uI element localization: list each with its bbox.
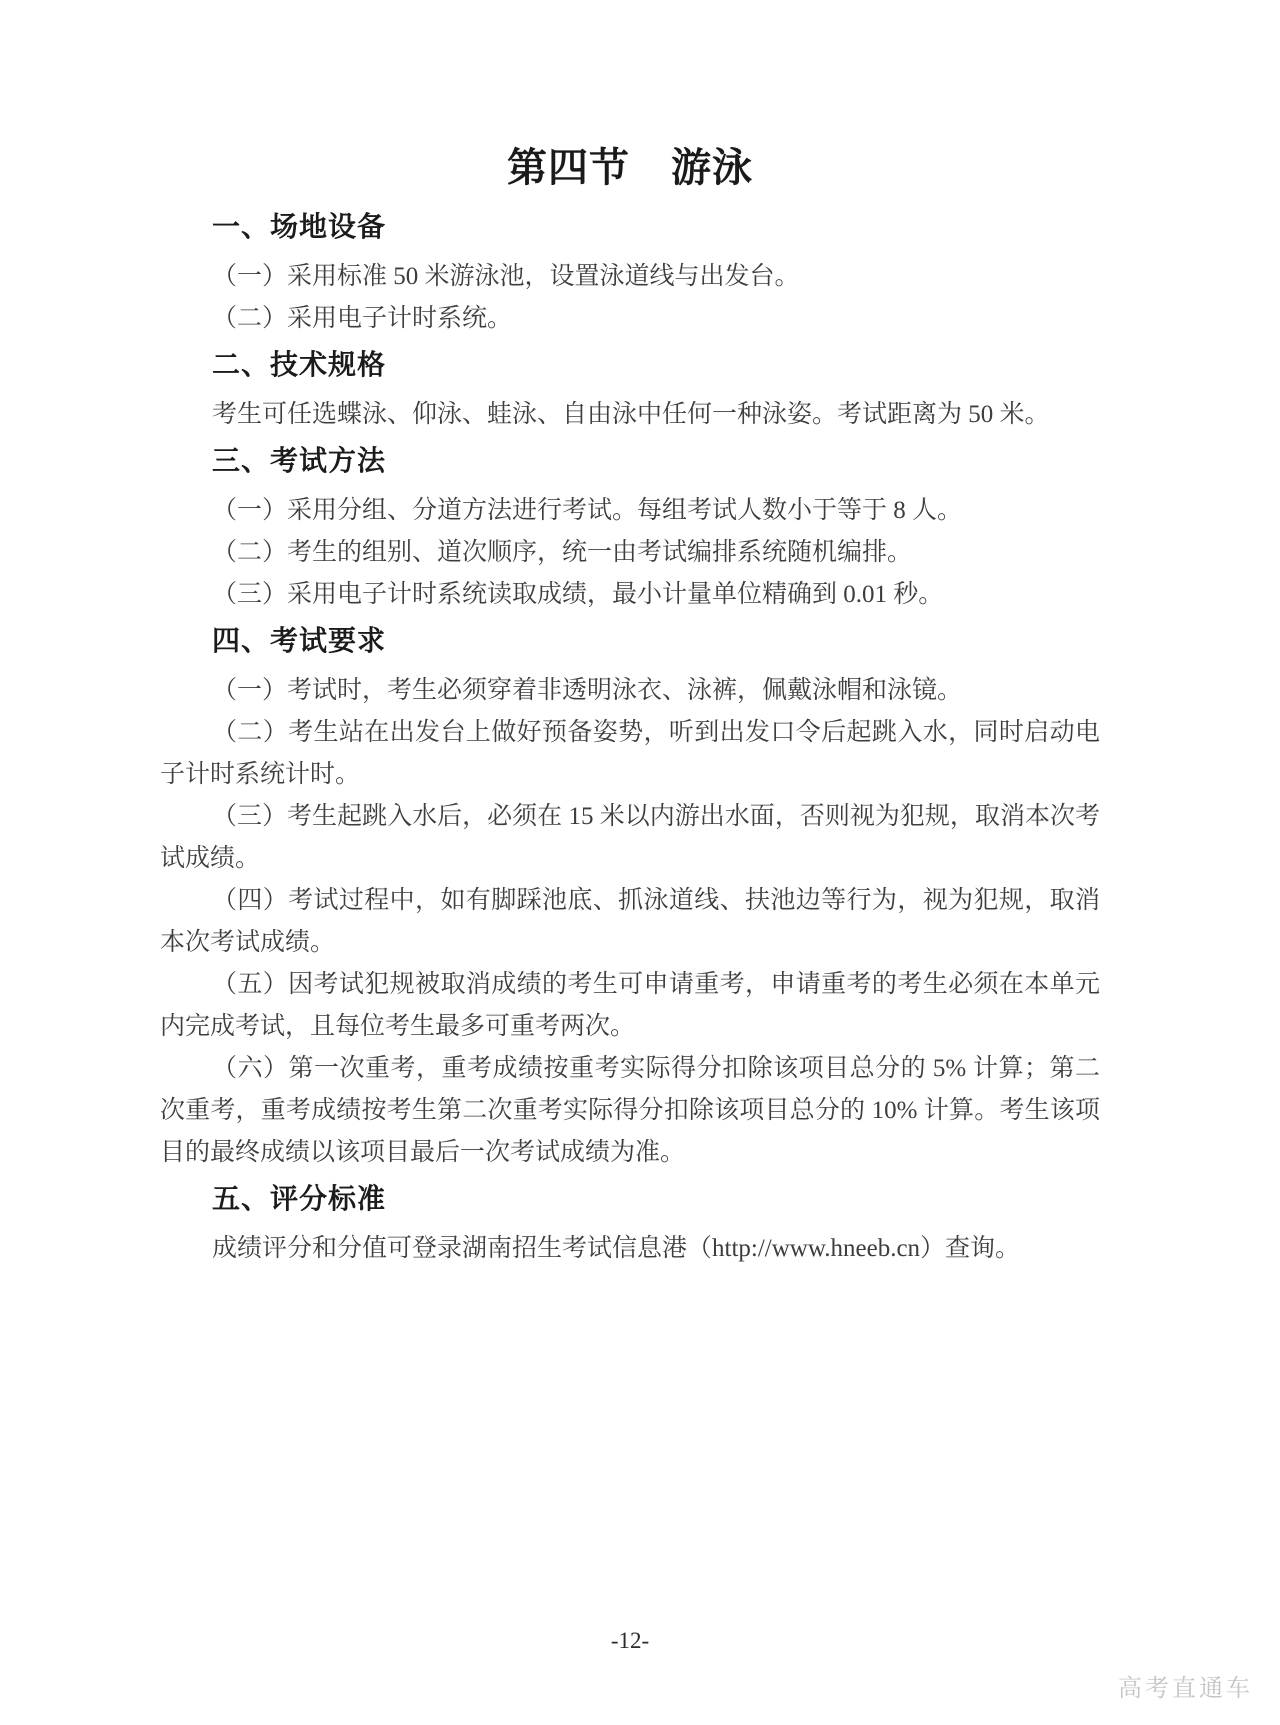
- section-heading: 一、场地设备: [160, 204, 1100, 250]
- section-heading: 三、考试方法: [160, 438, 1100, 484]
- document-page: 第四节 游泳 一、场地设备 （一）采用标准 50 米游泳池，设置泳道线与出发台。…: [0, 0, 1280, 1725]
- paragraph: （六）第一次重考，重考成绩按重考实际得分扣除该项目总分的 5% 计算；第二次重考…: [160, 1048, 1100, 1174]
- paragraph: （四）考试过程中，如有脚踩池底、抓泳道线、扶池边等行为，视为犯规，取消本次考试成…: [160, 880, 1100, 964]
- paragraph: （二）考生站在出发台上做好预备姿势，听到出发口令后起跳入水，同时启动电子计时系统…: [160, 712, 1100, 796]
- section-exam-requirements: 四、考试要求 （一）考试时，考生必须穿着非透明泳衣、泳裤，佩戴泳帽和泳镜。 （二…: [160, 618, 1100, 1174]
- paragraph: （二）考生的组别、道次顺序，统一由考试编排系统随机编排。: [160, 532, 1100, 574]
- section-heading: 二、技术规格: [160, 342, 1100, 388]
- paragraph: （三）采用电子计时系统读取成绩，最小计量单位精确到 0.01 秒。: [160, 574, 1100, 616]
- paragraph: （三）考生起跳入水后，必须在 15 米以内游出水面，否则视为犯规，取消本次考试成…: [160, 796, 1100, 880]
- paragraph: （一）考试时，考生必须穿着非透明泳衣、泳裤，佩戴泳帽和泳镜。: [160, 670, 1100, 712]
- paragraph: （一）采用分组、分道方法进行考试。每组考试人数小于等于 8 人。: [160, 490, 1100, 532]
- section-scoring-standard: 五、评分标准 成绩评分和分值可登录湖南招生考试信息港（http://www.hn…: [160, 1176, 1100, 1270]
- paragraph: 成绩评分和分值可登录湖南招生考试信息港（http://www.hneeb.cn）…: [160, 1228, 1100, 1270]
- section-exam-method: 三、考试方法 （一）采用分组、分道方法进行考试。每组考试人数小于等于 8 人。 …: [160, 438, 1100, 616]
- section-technical-specs: 二、技术规格 考生可任选蝶泳、仰泳、蛙泳、自由泳中任何一种泳姿。考试距离为 50…: [160, 342, 1100, 436]
- paragraph: （一）采用标准 50 米游泳池，设置泳道线与出发台。: [160, 256, 1100, 298]
- paragraph: 考生可任选蝶泳、仰泳、蛙泳、自由泳中任何一种泳姿。考试距离为 50 米。: [160, 394, 1100, 436]
- section-heading: 五、评分标准: [160, 1176, 1100, 1222]
- paragraph: （五）因考试犯规被取消成绩的考生可申请重考，申请重考的考生必须在本单元内完成考试…: [160, 964, 1100, 1048]
- page-number: -12-: [160, 1628, 1100, 1654]
- watermark: 高考直通车: [1118, 1668, 1253, 1703]
- section-venue-equipment: 一、场地设备 （一）采用标准 50 米游泳池，设置泳道线与出发台。 （二）采用电…: [160, 204, 1100, 340]
- page-title: 第四节 游泳: [160, 142, 1100, 194]
- section-heading: 四、考试要求: [160, 618, 1100, 664]
- paragraph: （二）采用电子计时系统。: [160, 298, 1100, 340]
